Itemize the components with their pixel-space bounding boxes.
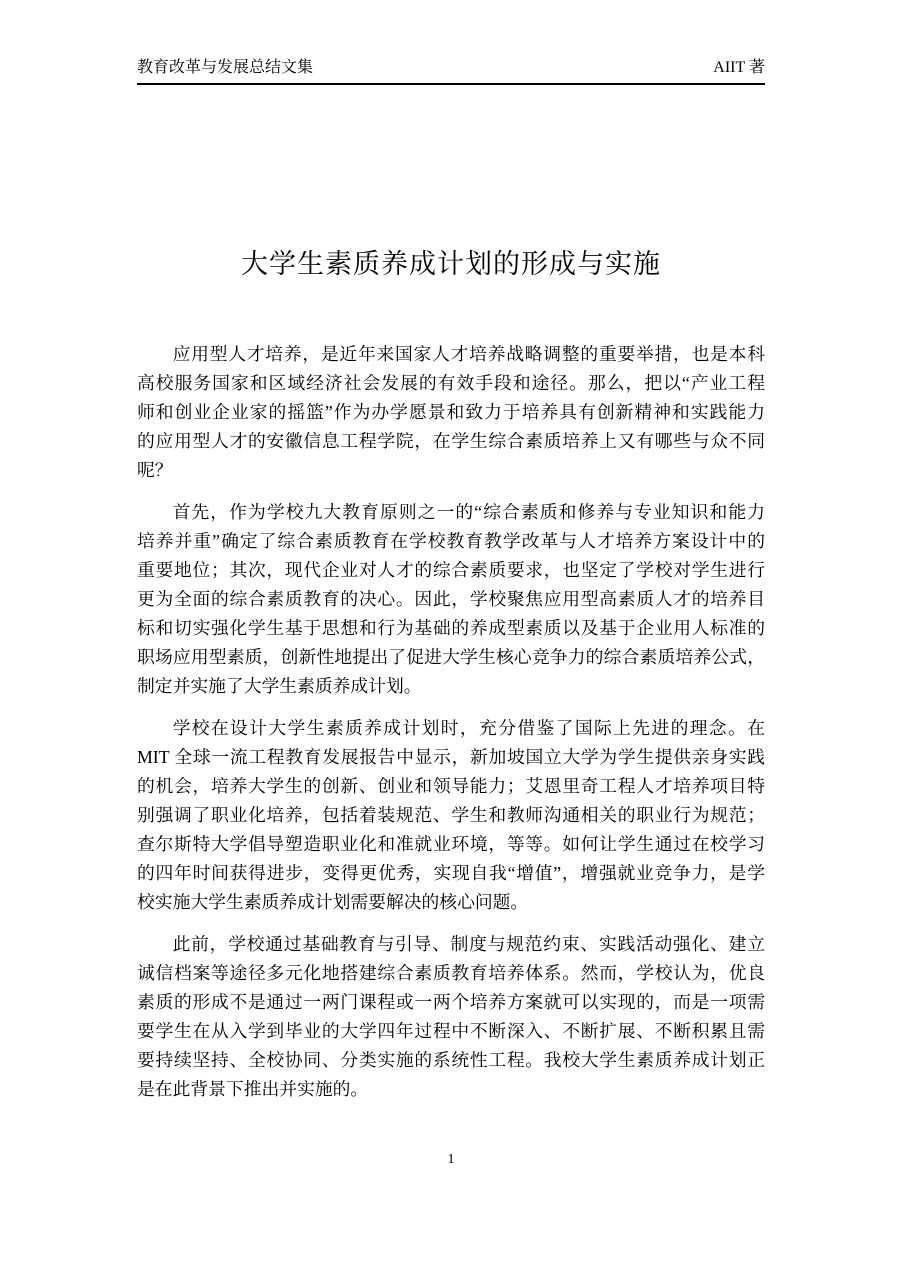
paragraph-line: 职场应用型素质，创新性地提出了促进大学生核心竞争力的综合素质培养公式， — [137, 643, 765, 672]
paragraph-line: MIT 全球一流工程教育发展报告中显示，新加坡国立大学为学生提供亲身实践 — [137, 743, 765, 772]
paragraph-line: 素质的形成不是通过一两门课程或一两个培养方案就可以实现的，而是一项需 — [137, 988, 765, 1017]
paragraph-line: 查尔斯特大学倡导塑造职业化和准就业环境，等等。如何让学生通过在校学习 — [137, 830, 765, 859]
page-number: 1 — [448, 1152, 455, 1167]
paragraph-line: 高校服务国家和区域经济社会发展的有效手段和途径。那么，把以“产业工程 — [137, 369, 765, 398]
paragraph-line: 培养并重”确定了综合素质教育在学校教育教学改革与人才培养方案设计中的 — [137, 527, 765, 556]
paragraph-line: 是在此背景下推出并实施的。 — [137, 1075, 765, 1104]
paragraph-line: 呢？ — [137, 456, 765, 485]
document-page: 教育改革与发展总结文集 AIIT 著 大学生素质养成计划的形成与实施 应用型人才… — [0, 0, 900, 1272]
paragraph-line: 首先，作为学校九大教育原则之一的“综合素质和修养与专业知识和能力 — [137, 498, 765, 527]
paragraph-line: 要学生在从入学到毕业的大学四年过程中不断深入、不断扩展、不断积累且需 — [137, 1017, 765, 1046]
paragraph: 首先，作为学校九大教育原则之一的“综合素质和修养与专业知识和能力培养并重”确定了… — [137, 498, 765, 701]
article-title: 大学生素质养成计划的形成与实施 — [137, 243, 765, 285]
paragraph-line: 诚信档案等途径多元化地搭建综合素质教育培养体系。然而，学校认为，优良 — [137, 959, 765, 988]
paragraph-line: 标和切实强化学生基于思想和行为基础的养成型素质以及基于企业用人标准的 — [137, 614, 765, 643]
page-header: 教育改革与发展总结文集 AIIT 著 — [137, 58, 765, 85]
paragraph: 学校在设计大学生素质养成计划时，充分借鉴了国际上先进的理念。在MIT 全球一流工… — [137, 714, 765, 917]
paragraph-line: 重要地位；其次，现代企业对人才的综合素质要求，也坚定了学校对学生进行 — [137, 556, 765, 585]
paragraph-line: 更为全面的综合素质教育的决心。因此，学校聚焦应用型高素质人才的培养目 — [137, 585, 765, 614]
paragraph-line: 要持续坚持、全校协同、分类实施的系统性工程。我校大学生素质养成计划正 — [137, 1046, 765, 1075]
page-footer: 1 — [137, 1150, 765, 1170]
paragraph-line: 应用型人才培养，是近年来国家人才培养战略调整的重要举措，也是本科 — [137, 340, 765, 369]
header-author: AIIT 著 — [713, 58, 765, 78]
paragraph-line: 别强调了职业化培养，包括着装规范、学生和教师沟通相关的职业行为规范； — [137, 801, 765, 830]
paragraph-line: 的应用型人才的安徽信息工程学院，在学生综合素质培养上又有哪些与众不同 — [137, 427, 765, 456]
paragraph-line: 师和创业企业家的摇篮”作为办学愿景和致力于培养具有创新精神和实践能力 — [137, 398, 765, 427]
paragraph-line: 校实施大学生素质养成计划需要解决的核心问题。 — [137, 888, 765, 917]
header-book-title: 教育改革与发展总结文集 — [137, 58, 313, 78]
document-body: 应用型人才培养，是近年来国家人才培养战略调整的重要举措，也是本科高校服务国家和区… — [137, 340, 765, 1117]
paragraph-line: 的四年时间获得进步，变得更优秀，实现自我“增值”，增强就业竞争力，是学 — [137, 859, 765, 888]
paragraph-line: 此前，学校通过基础教育与引导、制度与规范约束、实践活动强化、建立 — [137, 930, 765, 959]
paragraph: 此前，学校通过基础教育与引导、制度与规范约束、实践活动强化、建立诚信档案等途径多… — [137, 930, 765, 1104]
paragraph: 应用型人才培养，是近年来国家人才培养战略调整的重要举措，也是本科高校服务国家和区… — [137, 340, 765, 485]
paragraph-line: 制定并实施了大学生素质养成计划。 — [137, 672, 765, 701]
paragraph-line: 的机会，培养大学生的创新、创业和领导能力；艾恩里奇工程人才培养项目特 — [137, 772, 765, 801]
paragraph-line: 学校在设计大学生素质养成计划时，充分借鉴了国际上先进的理念。在 — [137, 714, 765, 743]
